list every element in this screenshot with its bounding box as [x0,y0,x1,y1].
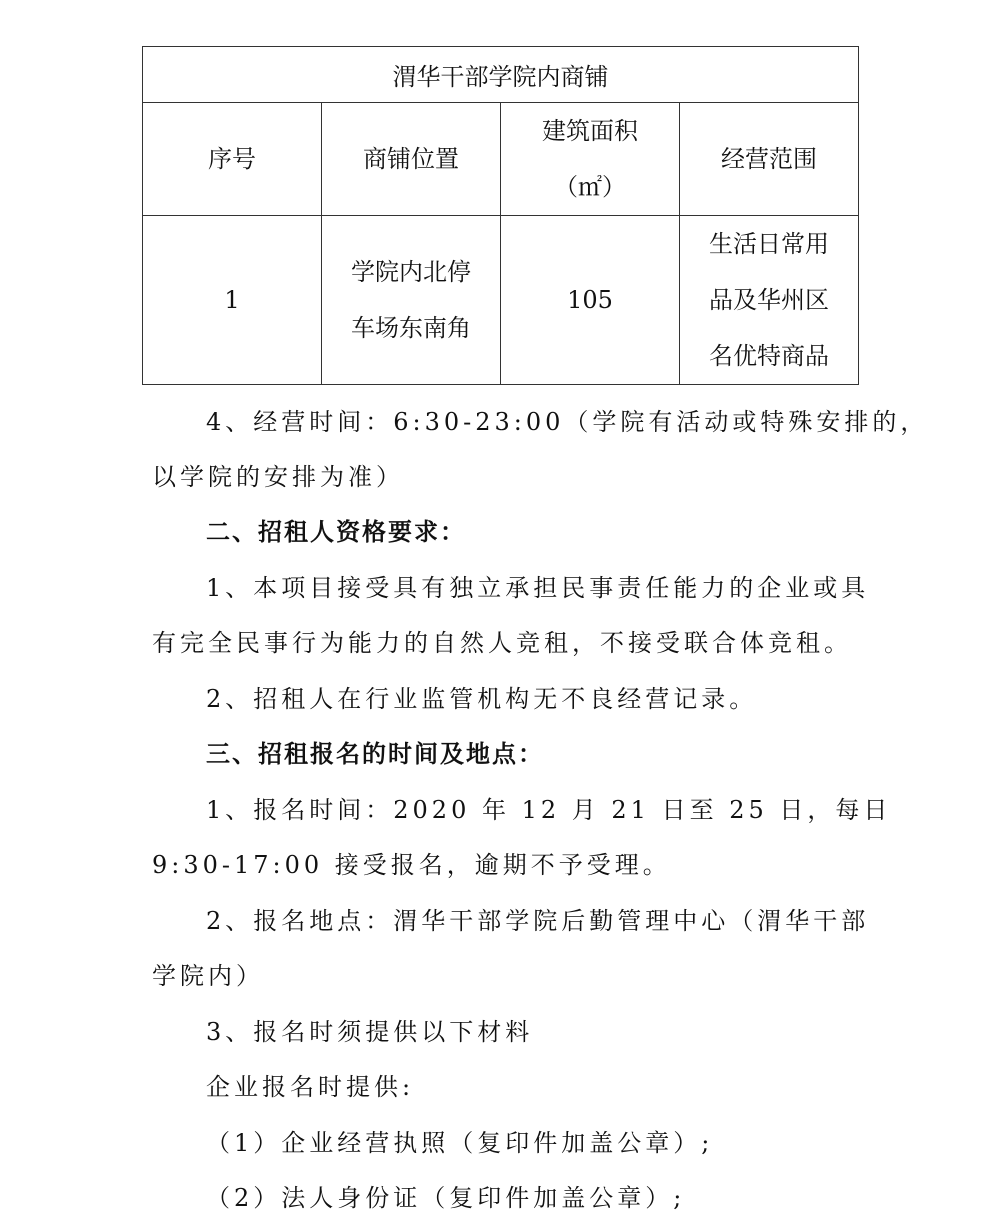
paragraph-qual1-line1: 1、本项目接受具有独立承担民事责任能力的企业或具 [206,568,906,603]
header-index: 序号 [143,103,322,216]
paragraph-hours-line2: 以学院的安排为准） [152,457,852,492]
header-location: 商铺位置 [322,103,501,216]
header-area-line1: 建筑面积 [501,103,679,159]
list-item-1: （1）企业经营执照（复印件加盖公章）; [206,1123,906,1158]
list-item-2: （2）法人身份证（复印件加盖公章）; [206,1178,906,1213]
paragraph-reg1-line2: 9:30-17:00 接受报名，逾期不予受理。 [152,845,852,880]
cell-scope-line3: 名优特商品 [680,328,858,384]
table-row: 1 学院内北停 车场东南角 105 生活日常用 品及华州区 名优特商品 [143,216,859,385]
paragraph-reg2-line1: 2、报名地点：渭华干部学院后勤管理中心（渭华干部 [206,901,906,936]
cell-scope-line1: 生活日常用 [680,216,858,272]
table-header-row: 序号 商铺位置 建筑面积 （㎡） 经营范围 [143,103,859,216]
cell-area: 105 [501,216,680,385]
table-title: 渭华干部学院内商铺 [143,47,859,103]
paragraph-company: 企业报名时提供: [206,1067,906,1102]
cell-scope-line2: 品及华州区 [680,272,858,328]
cell-index: 1 [143,216,322,385]
paragraph-hours-line1: 4、经营时间：6:30-23:00（学院有活动或特殊安排的， [206,402,906,437]
paragraph-reg2-line2: 学院内） [152,956,852,991]
paragraph-qual2: 2、招租人在行业监管机构无不良经营记录。 [206,679,906,714]
heading-qualification: 二、招租人资格要求： [206,512,906,547]
header-area: 建筑面积 （㎡） [501,103,680,216]
cell-location-line1: 学院内北停 [322,244,500,300]
header-scope: 经营范围 [680,103,859,216]
cell-scope: 生活日常用 品及华州区 名优特商品 [680,216,859,385]
shop-table: 渭华干部学院内商铺 序号 商铺位置 建筑面积 （㎡） 经营范围 1 学院内北停 … [142,46,859,385]
header-area-line2: （㎡） [501,159,679,215]
heading-registration: 三、招租报名的时间及地点： [206,734,906,769]
cell-location: 学院内北停 车场东南角 [322,216,501,385]
paragraph-qual1-line2: 有完全民事行为能力的自然人竞租，不接受联合体竞租。 [152,623,852,658]
table-title-row: 渭华干部学院内商铺 [143,47,859,103]
paragraph-reg3: 3、报名时须提供以下材料 [206,1012,906,1047]
paragraph-reg1-line1: 1、报名时间：2020 年 12 月 21 日至 25 日，每日 [206,790,906,825]
cell-location-line2: 车场东南角 [322,300,500,356]
